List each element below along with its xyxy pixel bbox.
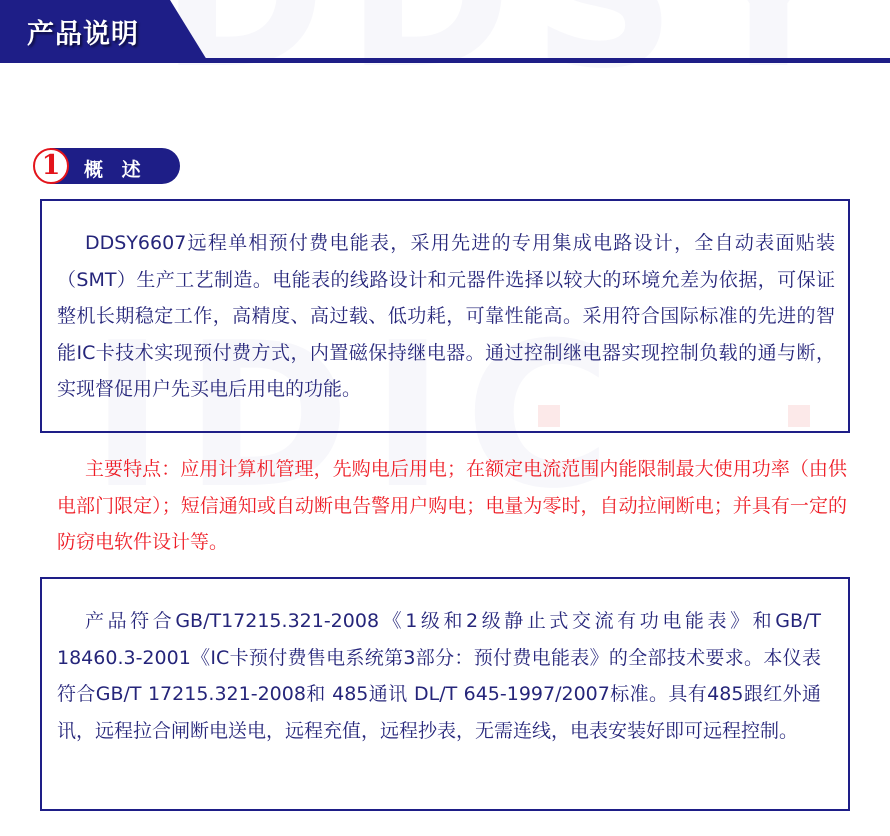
overview-paragraph: DDSY6607远程单相预付费电能表，采用先进的专用集成电路设计，全自动表面贴装…: [57, 225, 835, 408]
standards-paragraph: 产品符合GB/T17215.321-2008《1级和2级静止式交流有功电能表》和…: [57, 603, 821, 749]
section-heading-label: 概 述: [84, 155, 147, 182]
features-paragraph: 主要特点：应用计算机管理，先购电后用电；在额定电流范围内能限制最大使用功率（由供…: [57, 451, 847, 561]
header-divider: [0, 58, 890, 63]
page-title: 产品说明: [27, 12, 139, 51]
background-watermark: DDSY: [160, 0, 861, 113]
section-number-badge: 1: [33, 148, 69, 184]
